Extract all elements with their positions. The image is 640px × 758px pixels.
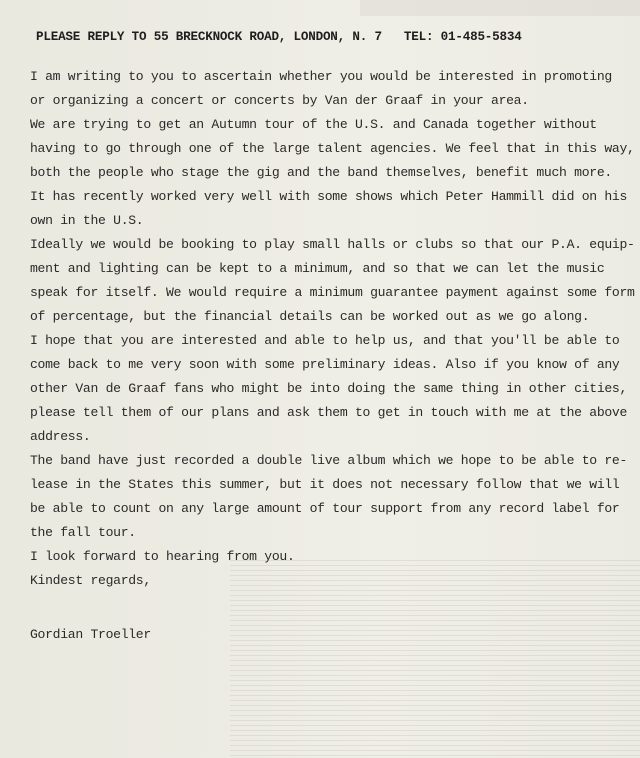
body-line: It has recently worked very well with so…: [30, 189, 627, 205]
salutation: Kindest regards,: [30, 573, 151, 589]
body-line: the fall tour.: [30, 525, 136, 541]
bleed-through-text: [230, 560, 640, 758]
body-line: I hope that you are interested and able …: [30, 333, 620, 349]
body-line: I am writing to you to ascertain whether…: [30, 69, 612, 85]
body-line: please tell them of our plans and ask th…: [30, 405, 627, 421]
body-line: I look forward to hearing from you.: [30, 549, 295, 565]
body-line: own in the U.S.: [30, 213, 143, 229]
body-line: other Van de Graaf fans who might be int…: [30, 381, 627, 397]
body-line: We are trying to get an Autumn tour of t…: [30, 117, 597, 133]
body-line: Ideally we would be booking to play smal…: [30, 237, 635, 253]
signature-name: Gordian Troeller: [30, 627, 151, 643]
body-line: both the people who stage the gig and th…: [30, 165, 612, 181]
body-line: lease in the States this summer, but it …: [30, 477, 620, 493]
body-line: or organizing a concert or concerts by V…: [30, 93, 529, 109]
body-line: speak for itself. We would require a min…: [30, 285, 635, 301]
body-line: The band have just recorded a double liv…: [30, 453, 627, 469]
body-line: address.: [30, 429, 90, 445]
bleed-through-text-top: [360, 0, 640, 16]
body-line: of percentage, but the financial details…: [30, 309, 589, 325]
body-line: ment and lighting can be kept to a minim…: [30, 261, 604, 277]
body-line: be able to count on any large amount of …: [30, 501, 620, 517]
letter-page: PLEASE REPLY TO 55 BRECKNOCK ROAD, LONDO…: [0, 0, 640, 758]
body-line: come back to me very soon with some prel…: [30, 357, 620, 373]
body-line: having to go through one of the large ta…: [30, 141, 635, 157]
reply-address-header: PLEASE REPLY TO 55 BRECKNOCK ROAD, LONDO…: [36, 30, 522, 44]
